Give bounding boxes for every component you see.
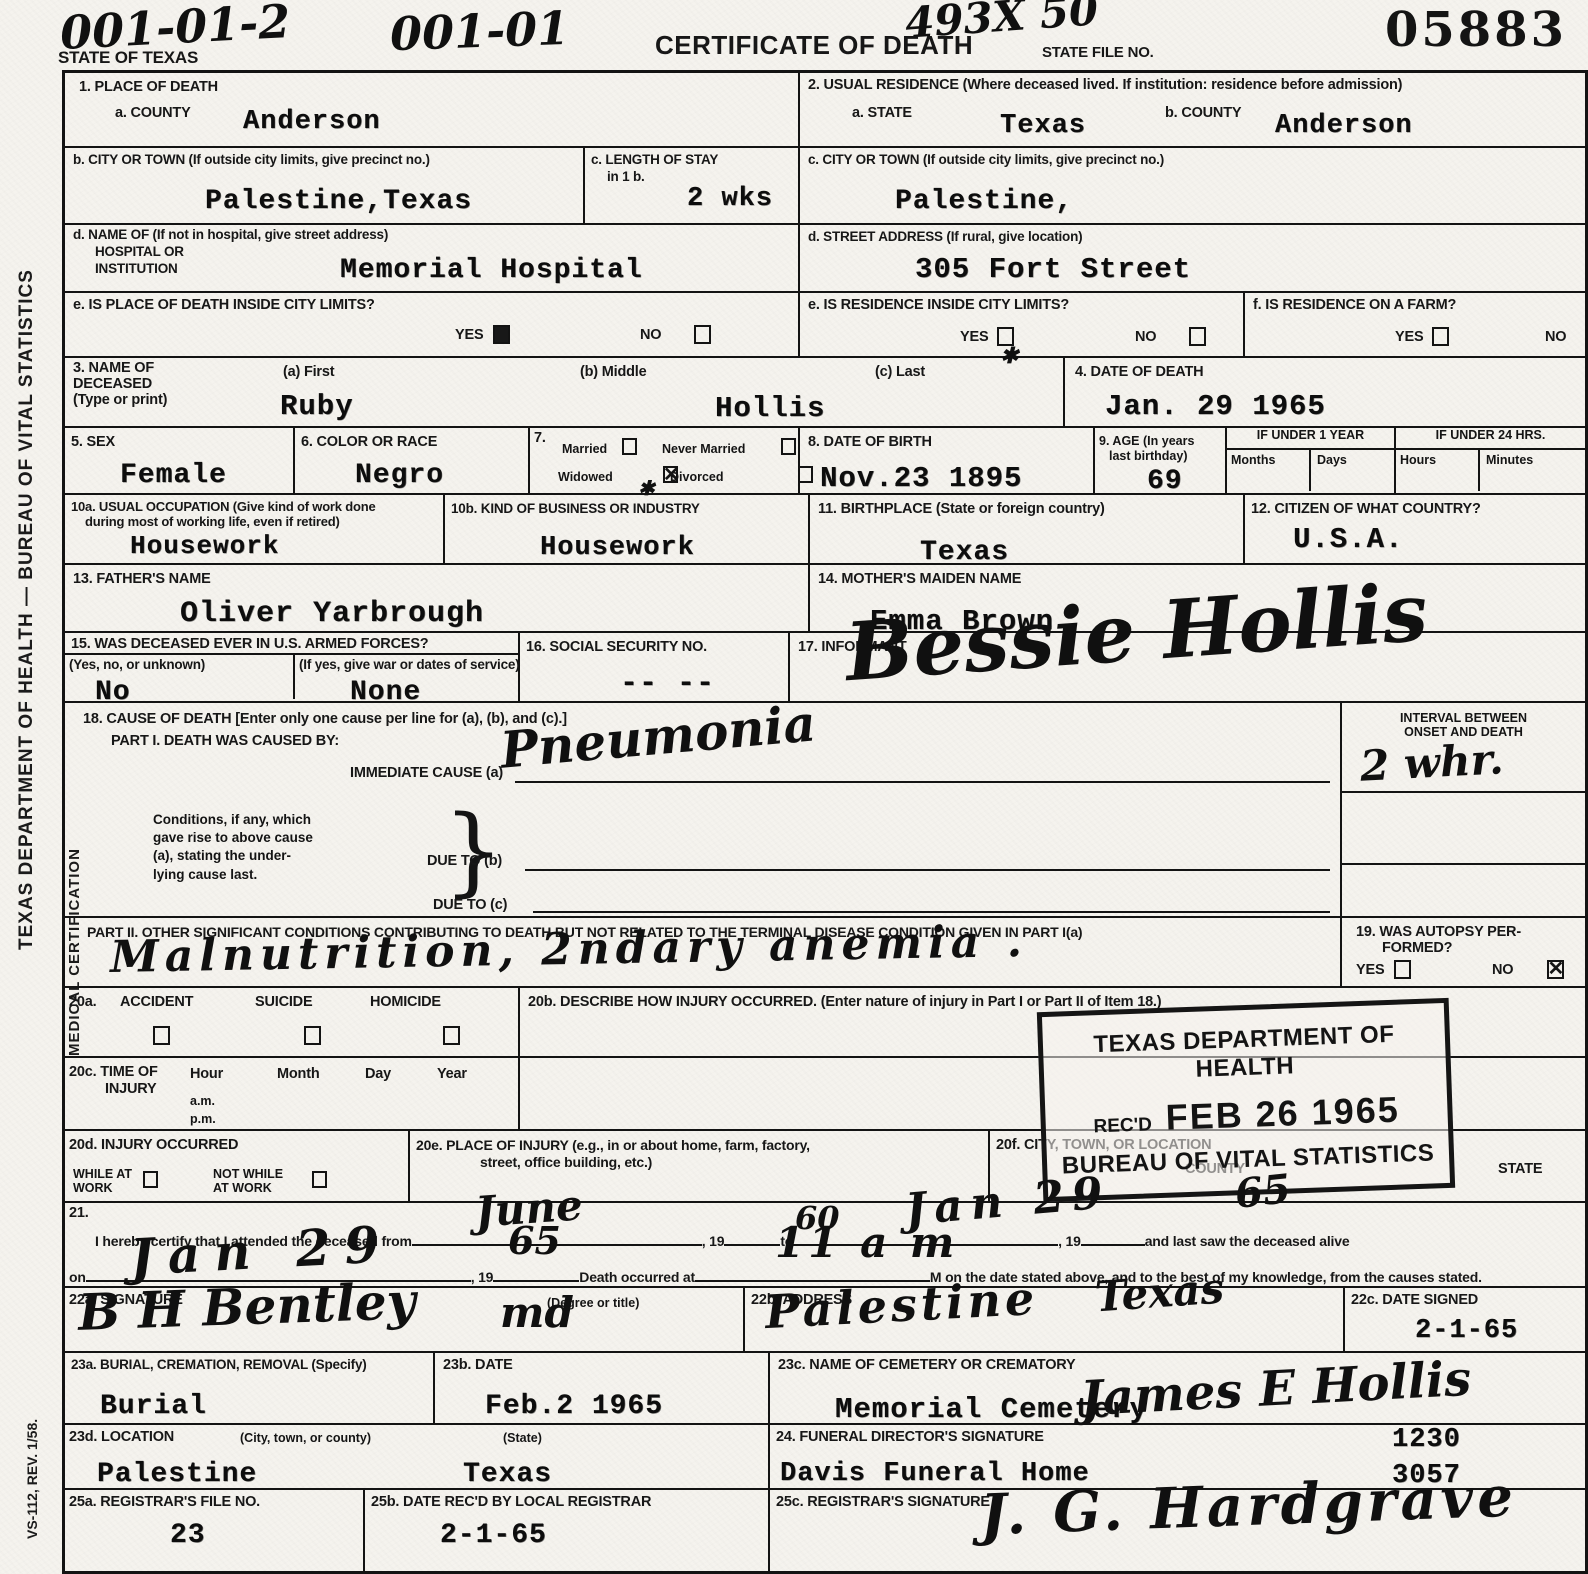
divorced-label: Divorced: [670, 470, 724, 484]
suicide-label: SUICIDE: [255, 994, 312, 1010]
location-city-value: Palestine: [97, 1459, 257, 1490]
residence-city-label: c. CITY OR TOWN (If outside city limits,…: [808, 152, 1164, 167]
field-armed-forces: 15. WAS DECEASED EVER IN U.S. ARMED FORC…: [65, 633, 520, 701]
days-label: Days: [1311, 450, 1394, 491]
field-business-or-industry: 10b. KIND OF BUSINESS OR INDUSTRY Housew…: [445, 495, 810, 563]
part1-label: PART I. DEATH WAS CAUSED BY:: [111, 733, 339, 749]
residence-county-value: Anderson: [1275, 111, 1413, 141]
autopsy-no-checkbox: ✕: [1547, 960, 1564, 979]
armed-forces-label: 15. WAS DECEASED EVER IN U.S. ARMED FORC…: [65, 633, 518, 655]
armed-forces-sublabel-2: (If yes, give war or dates of service): [299, 657, 520, 672]
field-color-or-race: 6. COLOR OR RACE Negro: [295, 428, 530, 493]
certify-19a: , 19: [702, 1233, 725, 1249]
interval-divider-2: [1342, 863, 1585, 865]
field-autopsy: 19. WAS AUTOPSY PER- FORMED? YES NO ✕: [1342, 918, 1585, 986]
not-while-checkbox: [312, 1171, 327, 1188]
race-value: Negro: [355, 460, 444, 491]
certify-number: 21.: [69, 1205, 89, 1221]
interval-divider-1: [1342, 791, 1585, 793]
burial-value: Burial: [100, 1391, 207, 1422]
mothers-maiden-name-label: 14. MOTHER'S MAIDEN NAME: [818, 571, 1021, 587]
name-label-3: (Type or print): [73, 392, 167, 408]
under-1-year-label: IF UNDER 1 YEAR: [1227, 428, 1394, 450]
hospital-label-3: INSTITUTION: [95, 261, 178, 276]
while-at-work-checkbox: [143, 1171, 158, 1188]
not-while-label-1: NOT WHILE: [213, 1167, 283, 1181]
residence-state-value: Texas: [1000, 111, 1086, 141]
sex-value: Female: [120, 460, 227, 491]
fathers-name-label: 13. FATHER'S NAME: [73, 571, 211, 587]
field-burial-cremation: 23a. BURIAL, CREMATION, REMOVAL (Specify…: [65, 1353, 435, 1423]
farm-no-label: NO: [1545, 329, 1566, 345]
age-value: 69: [1147, 466, 1183, 497]
certify-year2-blank: [1081, 1229, 1145, 1246]
street-address-value: 305 Fort Street: [915, 253, 1191, 286]
burial-date-label: 23b. DATE: [443, 1357, 513, 1373]
field-citizen-of: 12. CITIZEN OF WHAT COUNTRY? U.S.A.: [1245, 495, 1585, 563]
certify-year3-blank: [493, 1265, 579, 1282]
middle-name-label: (b) Middle: [580, 364, 646, 380]
injury-20b-label: 20b. DESCRIBE HOW INJURY OCCURRED. (Ente…: [528, 994, 1161, 1010]
birthplace-label: 11. BIRTHPLACE (State or foreign country…: [818, 501, 1105, 517]
year-label: Year: [437, 1066, 467, 1082]
farm-yes-label: YES: [1395, 329, 1423, 345]
location-state-sublabel: (State): [503, 1431, 542, 1445]
field-registrar-file-no: 25a. REGISTRAR'S FILE NO. 23: [65, 1490, 365, 1571]
registrar-file-no-value: 23: [170, 1520, 206, 1551]
ssn-label: 16. SOCIAL SECURITY NO.: [526, 639, 707, 655]
certify-time-handwriting: 11 a m: [775, 1222, 958, 1264]
field-date-recd-registrar: 25b. DATE REC'D BY LOCAL REGISTRAR 2-1-6…: [365, 1490, 770, 1571]
funeral-number-1: 1230: [1392, 1425, 1461, 1455]
physician-address2-handwriting: Texas: [1094, 1268, 1226, 1319]
hospital-label-2: HOSPITAL OR: [95, 244, 184, 259]
field-usual-occupation: 10a. USUAL OCCUPATION (Give kind of work…: [65, 495, 445, 563]
state-of-texas-label: STATE OF TEXAS: [58, 48, 198, 68]
never-married-label: Never Married: [662, 442, 745, 456]
physician-degree-handwriting: md: [500, 1292, 574, 1334]
field-length-of-stay: c. LENGTH OF STAY in 1 b. 2 wks: [585, 148, 800, 223]
occupation-label-2: during most of working life, even if ret…: [85, 514, 340, 529]
citizen-label: 12. CITIZEN OF WHAT COUNTRY?: [1251, 501, 1481, 517]
ssn-value: -- --: [620, 667, 715, 701]
immediate-cause-line: [515, 781, 1330, 783]
city-or-town-value: Palestine,Texas: [205, 186, 472, 217]
first-name-value: Ruby: [280, 390, 354, 423]
field-name-of-deceased: 3. NAME OF DECEASED (Type or print) (a) …: [65, 358, 1065, 426]
industry-value: Housework: [540, 533, 695, 563]
certify-19c: , 19: [471, 1269, 494, 1285]
death-limits-yes-label: YES: [455, 327, 483, 343]
autopsy-no-check-mark: ✕: [1547, 956, 1564, 980]
location-23d-label: 23d. LOCATION: [69, 1429, 174, 1445]
death-limits-yes-checkbox: [493, 325, 510, 344]
registrar-file-no-label: 25a. REGISTRAR'S FILE NO.: [69, 1494, 260, 1510]
day-label: Day: [365, 1066, 391, 1082]
field-burial-date: 23b. DATE Feb.2 1965: [435, 1353, 770, 1423]
field-if-under-24-hrs: IF UNDER 24 HRS. Hours Minutes: [1396, 428, 1585, 493]
burial-23a-label: 23a. BURIAL, CREMATION, REMOVAL (Specify…: [71, 1357, 367, 1372]
interval-label-1: INTERVAL BETWEEN: [1342, 703, 1585, 725]
brace-glyph: }: [443, 803, 504, 899]
due-to-c-label: DUE TO (c): [433, 897, 507, 913]
farm-yes-checkbox: [1432, 327, 1449, 346]
armed-forces-sublabel-1: (Yes, no, or unknown): [69, 657, 205, 672]
hours-label: Hours: [1396, 450, 1480, 491]
date-of-birth-value: Nov.23 1895: [820, 462, 1022, 495]
name-label: 3. NAME OF: [73, 360, 154, 376]
state-file-number: 05883: [1385, 2, 1567, 58]
age-label: 9. AGE (In years: [1099, 434, 1194, 448]
autopsy-no-label: NO: [1492, 962, 1513, 978]
length-of-stay-sublabel: in 1 b.: [607, 169, 645, 184]
residence-limits-yes-label: YES: [960, 329, 988, 345]
citizen-value: U.S.A.: [1293, 523, 1403, 556]
death-limits-no-checkbox: [694, 325, 711, 344]
first-name-label: (a) First: [283, 364, 334, 380]
length-of-stay-label: c. LENGTH OF STAY: [591, 152, 718, 167]
field-date-of-birth: 8. DATE OF BIRTH Nov.23 1895: [800, 428, 1095, 493]
due-to-c-line: [533, 911, 1330, 913]
widowed-label: Widowed: [558, 470, 613, 484]
sidebar-form-number: VS-112, REV. 1/58.: [24, 1388, 40, 1570]
injury-20c-label: 20c. TIME OF: [69, 1064, 158, 1080]
registrar-signature-handwriting: J. G. Hardgrave: [979, 1469, 1518, 1544]
state-file-no-label: STATE FILE NO.: [1042, 44, 1154, 61]
field-social-security-no: 16. SOCIAL SECURITY NO. -- --: [520, 633, 790, 701]
location-state-value: Texas: [463, 1459, 552, 1490]
field-if-under-1-year: IF UNDER 1 YEAR Months Days: [1227, 428, 1396, 493]
field-place-of-death-county: 1. PLACE OF DEATH a. COUNTY Anderson: [65, 73, 800, 146]
autopsy-yes-checkbox: [1394, 960, 1411, 979]
field-death-inside-city-limits: e. IS PLACE OF DEATH INSIDE CITY LIMITS?…: [65, 293, 800, 356]
field-street-address: d. STREET ADDRESS (If rural, give locati…: [800, 225, 1585, 291]
homicide-label: HOMICIDE: [370, 994, 441, 1010]
county-value: Anderson: [243, 107, 381, 137]
field-city-or-town-death: b. CITY OR TOWN (If outside city limits,…: [65, 148, 585, 223]
death-certificate-scan: 001-01-2 001-01 493X 50 STATE OF TEXAS C…: [0, 0, 1588, 1574]
residence-limits-no-checkbox: [1189, 327, 1206, 346]
date-of-birth-label: 8. DATE OF BIRTH: [808, 434, 932, 450]
race-label: 6. COLOR OR RACE: [301, 434, 437, 450]
residence-city-value: Palestine,: [895, 186, 1073, 217]
certify-19b: , 19: [1058, 1233, 1081, 1249]
autopsy-label: 19. WAS AUTOPSY PER-: [1356, 924, 1521, 940]
while-at-work-label-2: WORK: [73, 1181, 113, 1195]
field-marital-status: 7. Married Never Married Widowed ✕ ✱ Div…: [530, 428, 800, 493]
while-at-work-label-1: WHILE AT: [73, 1167, 132, 1181]
pm-label: p.m.: [190, 1112, 216, 1126]
death-limits-no-label: NO: [640, 327, 661, 343]
injury-20e-label-2: street, office building, etc.): [480, 1154, 652, 1170]
physician-signature-handwriting: B H Bentley: [77, 1276, 416, 1338]
field-city-or-town-residence: c. CITY OR TOWN (If outside city limits,…: [800, 148, 1585, 223]
injury-20d-label: 20d. INJURY OCCURRED: [69, 1137, 238, 1153]
place-of-death-label: 1. PLACE OF DEATH: [79, 79, 218, 95]
due-to-b-line: [525, 869, 1330, 871]
field-residence-on-farm: f. IS RESIDENCE ON A FARM? YES NO ✱: [1245, 293, 1585, 356]
certify-text-3: Death occurred at: [579, 1269, 695, 1285]
registrar-signature-label: 25c. REGISTRAR'S SIGNATURE: [776, 1494, 990, 1510]
am-label: a.m.: [190, 1094, 215, 1108]
fathers-name-value: Oliver Yarbrough: [180, 597, 484, 631]
stamp-recd-label: REC'D: [1093, 1114, 1152, 1138]
field-fathers-name: 13. FATHER'S NAME Oliver Yarbrough: [65, 565, 810, 631]
cause-of-death-label: 18. CAUSE OF DEATH [Enter only one cause…: [83, 711, 567, 727]
location-city-sublabel: (City, town, or county): [240, 1431, 371, 1445]
date-of-death-value: Jan. 29 1965: [1105, 390, 1326, 423]
occupation-label: 10a. USUAL OCCUPATION (Give kind of work…: [71, 499, 376, 514]
field-burial-location: 23d. LOCATION (City, town, or county) (S…: [65, 1425, 770, 1488]
interval-handwriting: 2 whr.: [1359, 738, 1504, 787]
field-usual-residence: 2. USUAL RESIDENCE (Where deceased lived…: [800, 73, 1585, 146]
injury-20c-label-2: INJURY: [105, 1081, 156, 1097]
street-address-label: d. STREET ADDRESS (If rural, give locati…: [808, 229, 1082, 244]
certify-year2-handwriting: 65: [1233, 1169, 1293, 1215]
field-time-of-injury: 20c. TIME OF INJURY Hour a.m. p.m. Month…: [65, 1058, 520, 1129]
residence-limits-no-label: NO: [1135, 329, 1156, 345]
date-recd-value: 2-1-65: [440, 1520, 547, 1551]
certify-text-2: and last saw the deceased alive: [1145, 1233, 1350, 1249]
field-injury-occurred: 20d. INJURY OCCURRED WHILE AT WORK NOT W…: [65, 1131, 410, 1201]
date-signed-label: 22c. DATE SIGNED: [1351, 1292, 1478, 1308]
handwritten-code-2: 001-01: [389, 5, 570, 57]
name-label-2: DECEASED: [73, 376, 152, 392]
stamp-line-1: TEXAS DEPARTMENT OF HEALTH: [1043, 1019, 1447, 1089]
injury-state-label: STATE: [1498, 1161, 1542, 1177]
field-hospital: d. NAME OF (If not in hospital, give str…: [65, 225, 800, 291]
residence-farm-label: f. IS RESIDENCE ON A FARM?: [1253, 297, 1456, 313]
due-to-b-label: DUE TO (b): [427, 853, 502, 869]
occupation-value: Housework: [130, 531, 279, 561]
sidebar-agency-text: TEXAS DEPARTMENT OF HEALTH — BUREAU OF V…: [16, 240, 38, 980]
certify-year1-blank: [724, 1229, 780, 1246]
accident-label: ACCIDENT: [120, 994, 193, 1010]
usual-residence-label: 2. USUAL RESIDENCE (Where deceased lived…: [808, 77, 1402, 93]
age-label-2: last birthday): [1109, 449, 1188, 463]
last-name-value: Hollis: [715, 392, 825, 425]
sex-label: 5. SEX: [71, 434, 115, 450]
autopsy-yes-label: YES: [1356, 962, 1384, 978]
residence-limits-label: e. IS RESIDENCE INSIDE CITY LIMITS?: [808, 297, 1069, 313]
birthplace-value: Texas: [920, 537, 1009, 568]
date-signed-value: 2-1-65: [1415, 1316, 1518, 1346]
injury-20e-label: 20e. PLACE OF INJURY (e.g., in or about …: [416, 1137, 810, 1153]
months-label: Months: [1227, 450, 1311, 491]
hour-label: Hour: [190, 1066, 223, 1082]
accident-checkbox: [153, 1026, 170, 1045]
funeral-director-label: 24. FUNERAL DIRECTOR'S SIGNATURE: [776, 1429, 1044, 1445]
residence-state-label: a. STATE: [852, 105, 912, 121]
field-birthplace: 11. BIRTHPLACE (State or foreign country…: [810, 495, 1245, 563]
physician-address-handwriting: Palestine: [764, 1275, 1039, 1335]
city-or-town-label: b. CITY OR TOWN (If outside city limits,…: [73, 152, 430, 167]
immediate-cause-label: IMMEDIATE CAUSE (a): [350, 765, 503, 781]
not-while-label-2: AT WORK: [213, 1181, 272, 1195]
field-age: 9. AGE (In years last birthday) 69: [1095, 428, 1227, 493]
county-label: a. COUNTY: [115, 105, 191, 121]
certify-year3-handwriting: 65: [508, 1222, 561, 1260]
under-24-hrs-label: IF UNDER 24 HRS.: [1396, 428, 1585, 450]
field-date-signed: 22c. DATE SIGNED 2-1-65: [1345, 1288, 1585, 1351]
industry-label: 10b. KIND OF BUSINESS OR INDUSTRY: [451, 501, 700, 516]
married-label: Married: [562, 442, 607, 456]
field-sex: 5. SEX Female: [65, 428, 295, 493]
hospital-label: d. NAME OF (If not in hospital, give str…: [73, 227, 388, 242]
field-accident-suicide-homicide: 20a. ACCIDENT SUICIDE HOMICIDE: [65, 988, 520, 1056]
cemetery-label: 23c. NAME OF CEMETERY OR CREMATORY: [778, 1357, 1075, 1373]
certificate-form: 1. PLACE OF DEATH a. COUNTY Anderson 2. …: [62, 70, 1588, 1574]
suicide-checkbox: [304, 1026, 321, 1045]
homicide-checkbox: [443, 1026, 460, 1045]
last-name-label: (c) Last: [875, 364, 925, 380]
autopsy-label-2: FORMED?: [1382, 940, 1452, 956]
stamp-date: FEB 26 1965: [1165, 1089, 1400, 1139]
marital-label: 7.: [534, 430, 546, 446]
conditions-note: Conditions, if any, which gave rise to a…: [153, 811, 318, 884]
burial-date-value: Feb.2 1965: [485, 1391, 663, 1422]
hospital-value: Memorial Hospital: [340, 255, 643, 286]
certificate-title: CERTIFICATE OF DEATH: [655, 30, 973, 61]
never-married-checkbox: [781, 438, 796, 455]
injury-20a-label: 20a.: [69, 994, 96, 1010]
date-of-death-label: 4. DATE OF DEATH: [1075, 364, 1203, 380]
month-label: Month: [277, 1066, 319, 1082]
field-residence-inside-city-limits: e. IS RESIDENCE INSIDE CITY LIMITS? YES …: [800, 293, 1245, 356]
date-recd-label: 25b. DATE REC'D BY LOCAL REGISTRAR: [371, 1494, 651, 1510]
field-date-of-death: 4. DATE OF DEATH Jan. 29 1965: [1065, 358, 1585, 426]
married-checkbox: [622, 438, 637, 455]
death-city-limits-label: e. IS PLACE OF DEATH INSIDE CITY LIMITS?: [73, 297, 375, 313]
field-interval-onset-death: INTERVAL BETWEEN ONSET AND DEATH: [1342, 703, 1585, 916]
minutes-label: Minutes: [1480, 450, 1585, 491]
length-of-stay-value: 2 wks: [687, 184, 773, 214]
residence-county-label: b. COUNTY: [1165, 105, 1241, 121]
